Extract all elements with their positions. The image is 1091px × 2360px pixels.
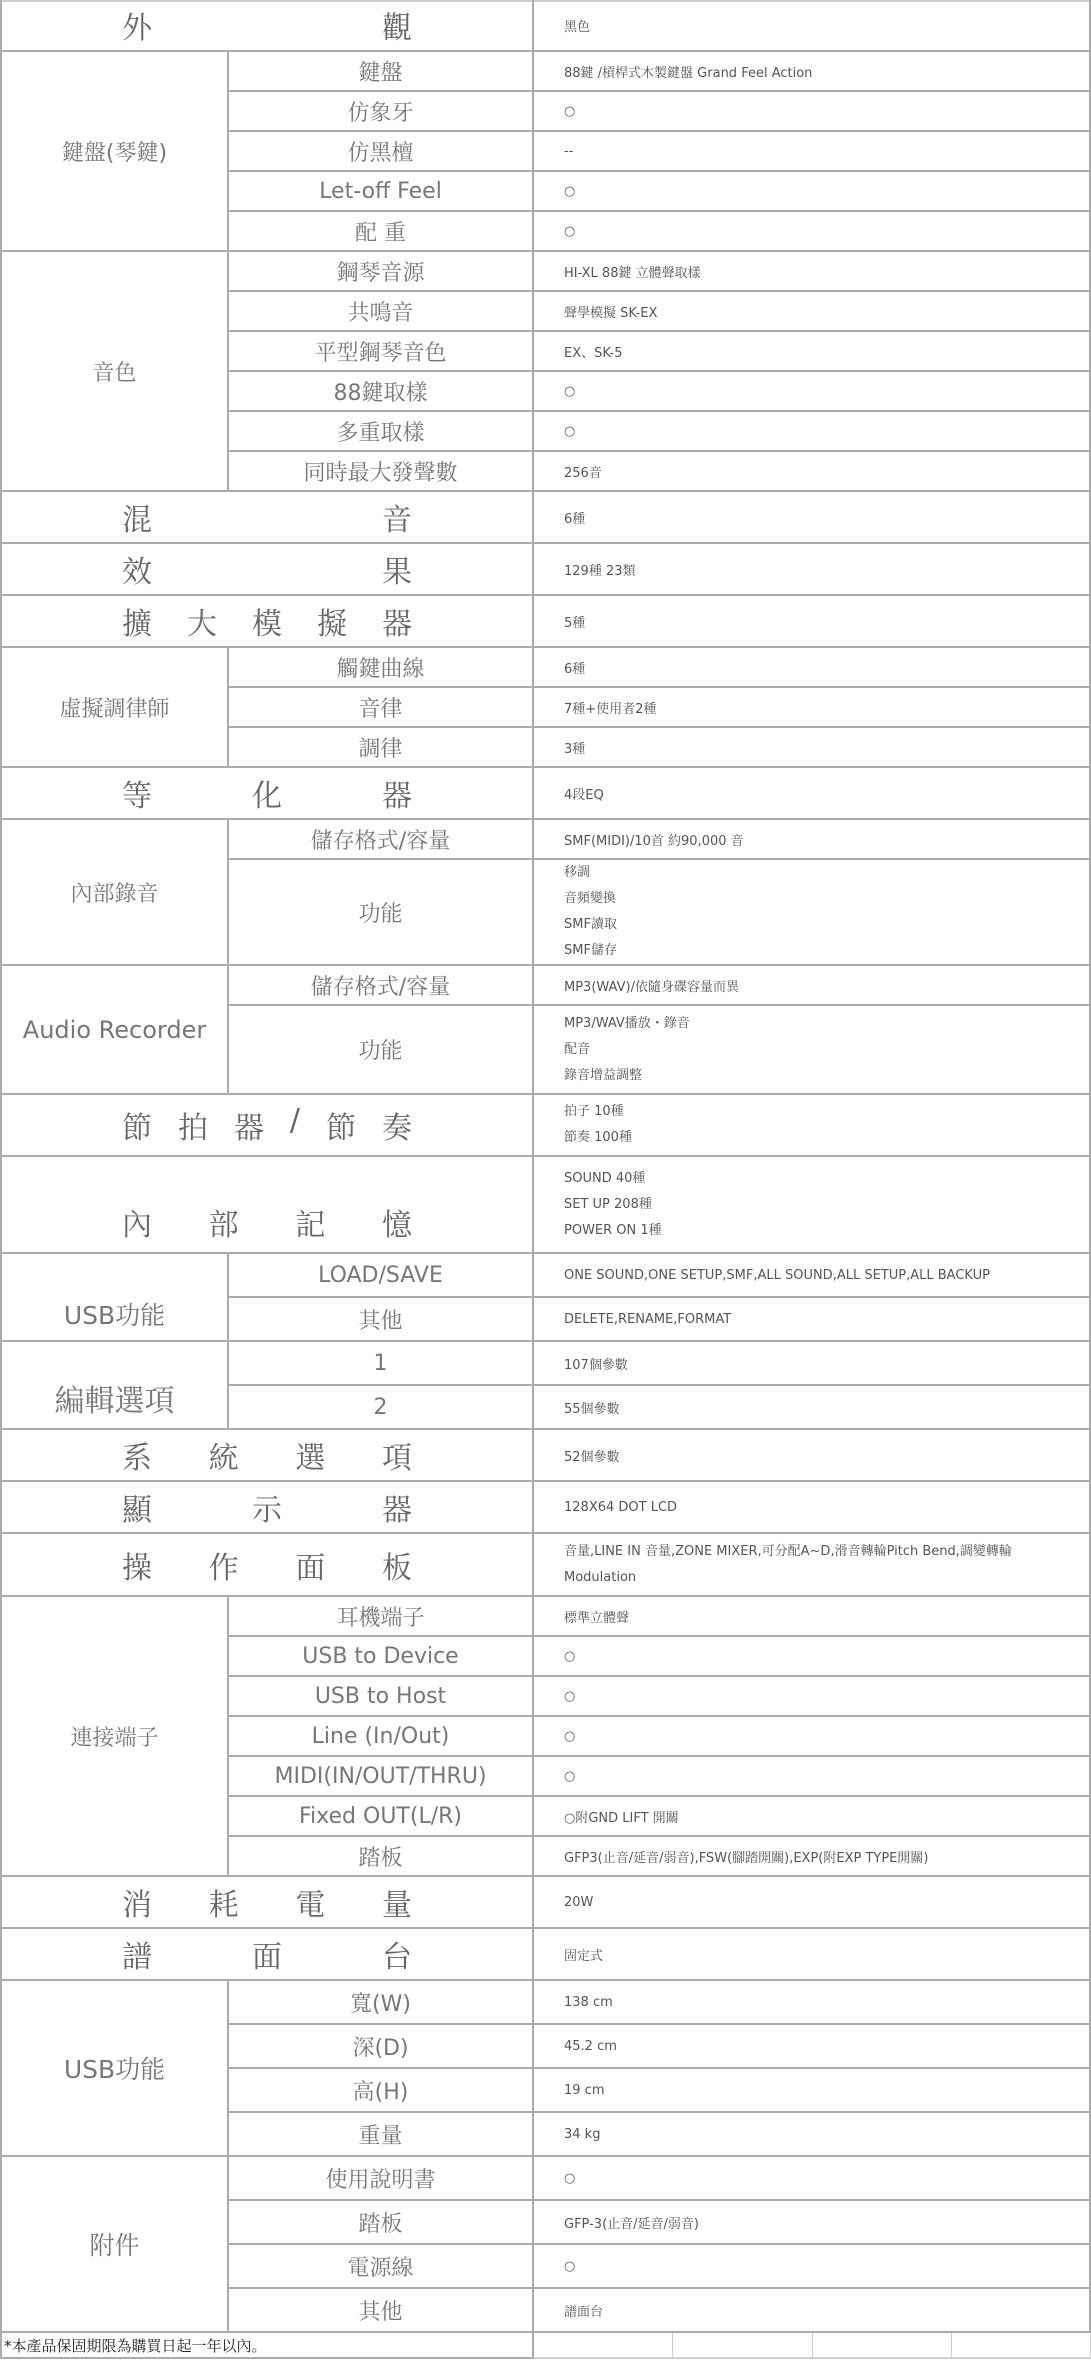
spec-value-line: 配音 (564, 1037, 590, 1063)
spec-value: GFP-3(止音/延音/弱音) (534, 2201, 1091, 2245)
section-label-char: 效 (122, 547, 152, 591)
spec-value-line: SOUND 40種 (564, 1166, 645, 1192)
section-label-char: 統 (209, 1433, 239, 1477)
spec-value: 譜面台 (534, 2289, 1091, 2333)
row-label: 仿黑檀 (229, 132, 534, 172)
section-label-char: 奏 (382, 1103, 412, 1147)
spec-value: 45.2 cm (534, 2025, 1091, 2069)
spec-value: 音量,LINE IN 音量,ZONE MIXER,可分配A~D,滑音轉輪Pitc… (534, 1534, 1091, 1597)
row-label: 儲存格式/容量 (229, 820, 534, 860)
section-label-char: 消 (122, 1880, 152, 1924)
group-label-usb: USB功能 (0, 1254, 229, 1342)
section-label-mix: 混音 (0, 492, 534, 544)
row-label: LOAD/SAVE (229, 1254, 534, 1298)
row-label: 音律 (229, 688, 534, 728)
spec-value: SOUND 40種SET UP 208種POWER ON 1種 (534, 1157, 1091, 1254)
spec-value: 256音 (534, 452, 1091, 492)
spec-value: 55個參數 (534, 1386, 1091, 1430)
section-label-char: 耗 (209, 1880, 239, 1924)
section-label-char: 器 (382, 599, 412, 643)
row-label: 觸鍵曲線 (229, 648, 534, 688)
spec-value: ○ (534, 92, 1091, 132)
section-label-char: 顯 (122, 1485, 152, 1529)
spec-value: ONE SOUND,ONE SETUP,SMF,ALL SOUND,ALL SE… (534, 1254, 1091, 1298)
spec-value: 黑色 (534, 0, 1091, 52)
row-label: 多重取樣 (229, 412, 534, 452)
section-label-text: 效果 (122, 547, 412, 591)
spec-value: MP3(WAV)/依隨身碟容量而異 (534, 966, 1091, 1006)
row-label: 耳機端子 (229, 1597, 534, 1637)
spec-value: HI-XL 88鍵 立體聲取樣 (534, 252, 1091, 292)
spec-value: ○ (534, 2157, 1091, 2201)
spec-value: 107個參數 (534, 1342, 1091, 1386)
section-label-char: 音 (382, 495, 412, 539)
row-label: 配 重 (229, 212, 534, 252)
section-label-char: 器 (382, 771, 412, 815)
section-label-eq: 等化器 (0, 768, 534, 820)
spec-value: ○ (534, 1717, 1091, 1757)
footer-empty-cell (673, 2333, 812, 2359)
row-label: 高(H) (229, 2069, 534, 2113)
section-label-power: 消耗電量 (0, 1877, 534, 1929)
spec-value: 聲學模擬 SK-EX (534, 292, 1091, 332)
group-label-edit: 編輯選項 (0, 1342, 229, 1430)
section-label-char: 面 (295, 1543, 325, 1587)
section-label-char: 電 (295, 1880, 325, 1924)
section-label-char: 記 (295, 1200, 325, 1244)
section-label-system: 系統選項 (0, 1430, 534, 1482)
section-label-char: 等 (122, 771, 152, 815)
row-label: 仿象牙 (229, 92, 534, 132)
row-label: Fixed OUT(L/R) (229, 1797, 534, 1837)
section-label-panel: 操作面板 (0, 1534, 534, 1597)
spec-value-line: 錄音增益調整 (564, 1063, 642, 1089)
section-label-text: 混音 (122, 495, 412, 539)
row-label: Line (In/Out) (229, 1717, 534, 1757)
spec-value: 128X64 DOT LCD (534, 1482, 1091, 1534)
section-label-amp_sim: 擴大模擬器 (0, 596, 534, 648)
section-label-effects: 效果 (0, 544, 534, 596)
section-label-char: 項 (382, 1433, 412, 1477)
spec-value: ○ (534, 1637, 1091, 1677)
spec-value: 拍子 10種節奏 100種 (534, 1095, 1091, 1157)
spec-value: GFP3(止音/延音/弱音),FSW(腳踏開關),EXP(附EXP TYPE開關… (534, 1837, 1091, 1877)
spec-value: ○ (534, 1677, 1091, 1717)
spec-value: 52個參數 (534, 1430, 1091, 1482)
spec-value-line: MP3/WAV播放・錄音 (564, 1011, 690, 1037)
spec-value: ○ (534, 1757, 1091, 1797)
section-label-char: 面 (252, 1932, 282, 1976)
section-label-text: 外觀 (122, 3, 412, 47)
row-label: 鋼琴音源 (229, 252, 534, 292)
section-label-char: 台 (382, 1932, 412, 1976)
spec-value-line: POWER ON 1種 (564, 1218, 662, 1244)
group-label-virtual_tech: 虛擬調律師 (0, 648, 229, 768)
warranty-note: *本產品保固期限為購買日起一年以內。 (0, 2333, 534, 2359)
row-label: 2 (229, 1386, 534, 1430)
section-label-char: 果 (382, 547, 412, 591)
spec-value: 88鍵 /槓桿式木製鍵盤 Grand Feel Action (534, 52, 1091, 92)
row-label: MIDI(IN/OUT/THRU) (229, 1757, 534, 1797)
section-label-char: 譜 (122, 1932, 152, 1976)
section-label-char: 選 (295, 1433, 325, 1477)
section-label-char: 器 (234, 1103, 264, 1147)
section-label-text: 節拍器/節奏 (122, 1103, 412, 1147)
spec-value-line: 音頻變換 (564, 886, 616, 912)
section-label-char: 擴 (122, 599, 152, 643)
section-label-metronome: 節拍器/節奏 (0, 1095, 534, 1157)
spec-value: ○ (534, 172, 1091, 212)
row-label: 其他 (229, 2289, 534, 2333)
spec-value: ○ (534, 372, 1091, 412)
row-label: 1 (229, 1342, 534, 1386)
spec-value: 6種 (534, 648, 1091, 688)
spec-value-line: 移調 (564, 860, 590, 886)
section-label-char: 模 (252, 599, 282, 643)
spec-value-line: Modulation (564, 1565, 636, 1591)
section-label-char: 量 (382, 1880, 412, 1924)
section-label-text: 內部記憶 (122, 1200, 412, 1244)
group-label-keyboard: 鍵盤(琴鍵) (0, 52, 229, 252)
section-label-char: 節 (122, 1103, 152, 1147)
section-label-char: 節 (326, 1103, 356, 1147)
group-label-internal_rec: 內部錄音 (0, 820, 229, 966)
section-label-text: 操作面板 (122, 1543, 412, 1587)
spec-value: DELETE,RENAME,FORMAT (534, 1298, 1091, 1342)
row-label: 重量 (229, 2113, 534, 2157)
section-label-text: 擴大模擬器 (122, 599, 412, 643)
row-label: 深(D) (229, 2025, 534, 2069)
row-label: 功能 (229, 860, 534, 966)
section-label-text: 等化器 (122, 771, 412, 815)
spec-value: 移調音頻變換 SMF讀取 SMF儲存 (534, 860, 1091, 966)
row-label: Let-off Feel (229, 172, 534, 212)
row-label: 踏板 (229, 2201, 534, 2245)
section-label-char: 操 (122, 1543, 152, 1587)
section-label-char: 大 (187, 599, 217, 643)
spec-value-line: SET UP 208種 (564, 1192, 652, 1218)
section-label-text: 系統選項 (122, 1433, 412, 1477)
footer-empty-cell (952, 2333, 1091, 2359)
row-label: 電源線 (229, 2245, 534, 2289)
section-label-display: 顯示器 (0, 1482, 534, 1534)
footer-empty-cell (813, 2333, 952, 2359)
spec-value: 20W (534, 1877, 1091, 1929)
spec-value-line: SMF儲存 (564, 938, 617, 964)
spec-value: 34 kg (534, 2113, 1091, 2157)
spec-value: ○ (534, 412, 1091, 452)
section-label-char: 板 (382, 1543, 412, 1587)
section-label-text: 譜面台 (122, 1932, 412, 1976)
group-label-accessories: 附件 (0, 2157, 229, 2333)
section-label-memory: 內部記憶 (0, 1157, 534, 1254)
section-label-char: / (290, 1103, 300, 1147)
row-label: 寬(W) (229, 1981, 534, 2025)
section-label-char: 作 (209, 1543, 239, 1587)
spec-value: 129種 23類 (534, 544, 1091, 596)
group-label-tone: 音色 (0, 252, 229, 492)
section-label-music_rest: 譜面台 (0, 1929, 534, 1981)
footer-empty-cell (534, 2333, 673, 2359)
spec-value-line: 拍子 10種 (564, 1099, 624, 1125)
spec-value: ○ (534, 212, 1091, 252)
row-label: 88鍵取樣 (229, 372, 534, 412)
spec-value: ○ (534, 2245, 1091, 2289)
section-label-char: 拍 (178, 1103, 208, 1147)
row-label: USB to Host (229, 1677, 534, 1717)
section-label-char: 化 (252, 771, 282, 815)
spec-value: MP3/WAV播放・錄音配音錄音增益調整 (534, 1006, 1091, 1095)
row-label: USB to Device (229, 1637, 534, 1677)
spec-value-line: SMF讀取 (564, 912, 617, 938)
row-label: 其他 (229, 1298, 534, 1342)
spec-value: 6種 (534, 492, 1091, 544)
spec-value: 4段EQ (534, 768, 1091, 820)
section-label-char: 觀 (382, 3, 412, 47)
section-label-text: 顯示器 (122, 1485, 412, 1529)
row-label: 使用說明書 (229, 2157, 534, 2201)
section-label-char: 系 (122, 1433, 152, 1477)
spec-value: 7種+使用者2種 (534, 688, 1091, 728)
spec-value: EX、SK-5 (534, 332, 1091, 372)
row-label: 調律 (229, 728, 534, 768)
section-label-char: 器 (382, 1485, 412, 1529)
section-label-text: 消耗電量 (122, 1880, 412, 1924)
row-label: 平型鋼琴音色 (229, 332, 534, 372)
spec-value: ○附GND LIFT 開關 (534, 1797, 1091, 1837)
spec-value: 19 cm (534, 2069, 1091, 2113)
section-label-char: 擬 (317, 599, 347, 643)
row-label: 共鳴音 (229, 292, 534, 332)
section-label-char: 部 (209, 1200, 239, 1244)
row-label: 儲存格式/容量 (229, 966, 534, 1006)
spec-value-line: 節奏 100種 (564, 1125, 632, 1151)
section-label-char: 憶 (382, 1200, 412, 1244)
group-label-audio_rec: Audio Recorder (0, 966, 229, 1095)
section-label-char: 外 (122, 3, 152, 47)
section-label-appearance: 外觀 (0, 0, 534, 52)
section-label-char: 內 (122, 1200, 152, 1244)
spec-value: 138 cm (534, 1981, 1091, 2025)
row-label: 踏板 (229, 1837, 534, 1877)
spec-value: 標準立體聲 (534, 1597, 1091, 1637)
spec-value: 固定式 (534, 1929, 1091, 1981)
spec-value: SMF(MIDI)/10首 約90,000 音 (534, 820, 1091, 860)
row-label: 同時最大發聲數 (229, 452, 534, 492)
group-label-dimensions: USB功能 (0, 1981, 229, 2157)
spec-value: 3種 (534, 728, 1091, 768)
section-label-char: 混 (122, 495, 152, 539)
section-label-char: 示 (252, 1485, 282, 1529)
spec-value-line: 音量,LINE IN 音量,ZONE MIXER,可分配A~D,滑音轉輪Pitc… (564, 1539, 1012, 1565)
group-label-connectors: 連接端子 (0, 1597, 229, 1877)
spec-value: -- (534, 132, 1091, 172)
spec-value: 5種 (534, 596, 1091, 648)
row-label: 功能 (229, 1006, 534, 1095)
row-label: 鍵盤 (229, 52, 534, 92)
